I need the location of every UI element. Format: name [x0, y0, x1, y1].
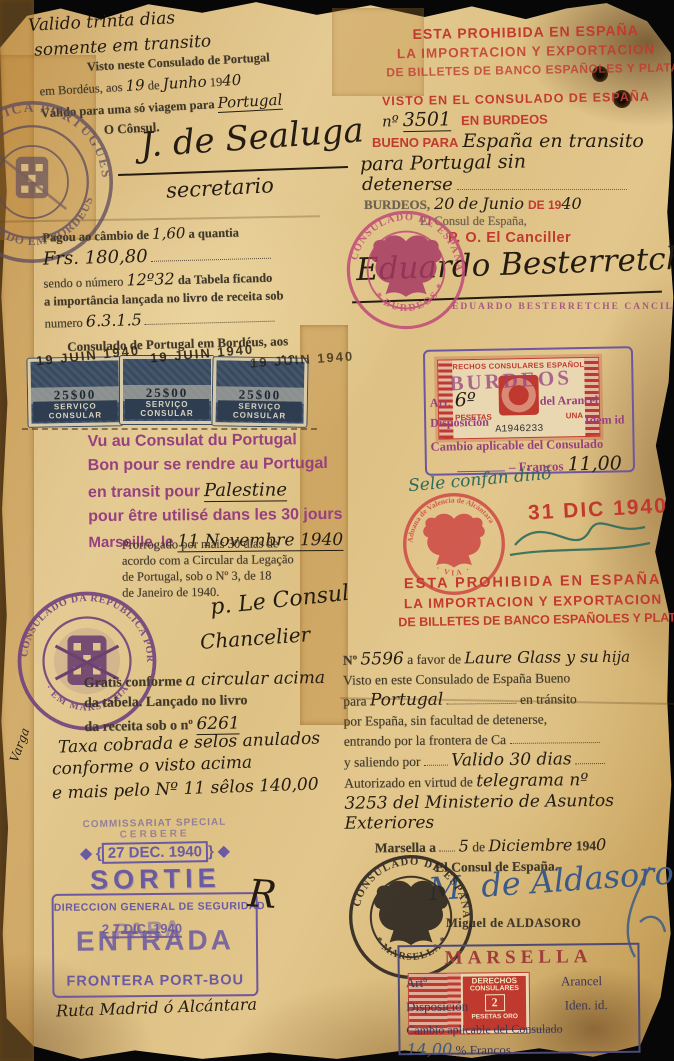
stamp-label: SERVIÇO CONSULAR — [33, 400, 117, 421]
dotted-leader — [424, 754, 448, 766]
vu-line2: Bon pour se rendre au Portugal — [88, 455, 343, 475]
entrada-header: DIRECCION GENERAL DE SEGURIDAD — [54, 900, 256, 914]
entrada-date: 2 7 DIC. 1940 — [102, 921, 182, 939]
document-photo: Valido trinta dias somente em transito V… — [0, 0, 674, 1061]
marsella-box-line4: 14,00 % Francos — [406, 1038, 632, 1059]
pagou-line5: numero 6.3.1.5 — [44, 305, 324, 331]
marsella-line1: Nº 5596 a favor de Laure Glass y su hija — [343, 646, 668, 670]
pagou-line2: Frs. 180,80 — [43, 241, 323, 269]
prorrogado-line2: acordo com a Circular da Legação — [122, 551, 294, 568]
marsella-box-line2: Disposición Iden. id. — [406, 997, 632, 1015]
prohibida-mid-line2: LA IMPORTACION Y EXPORTACION — [398, 592, 668, 612]
prohibida-top-line2: LA IMPORTACION Y EXPORTACION — [386, 42, 666, 62]
sortie-date-row: ◆ {27 DEC. 1940} ◆ — [70, 842, 240, 864]
visto-espana-line3: BUENO PARA España en transito — [372, 130, 644, 152]
perforation-line — [22, 428, 317, 430]
entrada-stamp-box: DIRECCION GENERAL DE SEGURIDAD PARA ENTR… — [52, 892, 259, 998]
marsella-line9: Exteriores — [345, 810, 670, 833]
seal-eagle-emblem — [423, 514, 485, 568]
dotted-leader — [145, 311, 275, 325]
derechos-line2: Disposición Idem id — [430, 410, 625, 431]
seal-consulado-espana-burdeos: CONSULADO DE ESPAÑA * BURDEOS * — [342, 206, 470, 334]
dotted-leader — [457, 176, 627, 190]
marsella-box-header: MARSELLA — [399, 946, 637, 970]
revenue-stamp-25escudos: 25$00 SERVIÇO CONSULAR — [120, 356, 214, 424]
visto-espana-line2: nº 3501 EN BURDEOS — [382, 107, 548, 132]
visto-espana-line4: para Portugal sin — [360, 151, 526, 176]
dotted-leader — [509, 731, 599, 744]
sortie-header-line2: CERBERE — [70, 828, 240, 842]
marsella-box-line1: Artº Arancel — [406, 973, 632, 991]
stamp-label: SERVIÇO CONSULAR — [125, 399, 209, 419]
green-signature-flourish — [505, 505, 655, 560]
vu-line4: pour être utilisé dans les 30 jours — [88, 506, 343, 526]
marsella-fee-box: MARSELLA DERECHOS CONSULARES 2 PESETAS O… — [397, 943, 640, 1056]
prohibida-mid-line1: ESTA PROHIBIDA EN ESPAÑA — [398, 572, 668, 593]
dotted-leader — [514, 1042, 564, 1054]
gratis-line2: da tabela. Lançado no livro — [84, 692, 326, 712]
handwritten-r: R — [247, 871, 279, 917]
dotted-leader — [575, 752, 605, 764]
seal-eagle-emblem — [371, 235, 441, 297]
derechos-line3: Cambio aplicable del Consulado — [430, 437, 603, 455]
visto-espana-line5: detenerse — [362, 174, 627, 195]
derechos-burdeos-box: DERECHOS CONSULARES ESPAÑOLES PESETAS UN… — [423, 346, 635, 476]
besterretche-stamp-name: EDUARDO BESTERRETCHE CANCILLER — [452, 302, 674, 312]
entrada-footer: FRONTERA PORT-BOU — [54, 972, 256, 990]
prorrogado-line1: Prorrogado por mais 30 dias de — [122, 535, 294, 552]
seal-eagle-emblem — [374, 881, 448, 945]
dotted-leader — [151, 248, 271, 262]
gratis-line1: Gratis conforme a circular acima — [83, 668, 325, 692]
dotted-leader — [447, 692, 517, 705]
vu-line3: en transit pour Palestine — [88, 479, 343, 502]
stamp-label: SERVIÇO CONSULAR — [218, 400, 302, 421]
derechos-line1: Art. 6º del Arancel — [430, 387, 599, 412]
sortie-date: 27 DEC. 1940 — [102, 841, 209, 864]
marsella-box-line3: Cambio aplicable del Consulado — [406, 1021, 632, 1038]
vu-line1: Vu au Consulat du Portugal — [87, 431, 342, 451]
sortie-word: SORTIE — [70, 863, 241, 897]
prorrogado-line3: de Portugal, sob o Nº 3, de 18 — [122, 567, 294, 584]
